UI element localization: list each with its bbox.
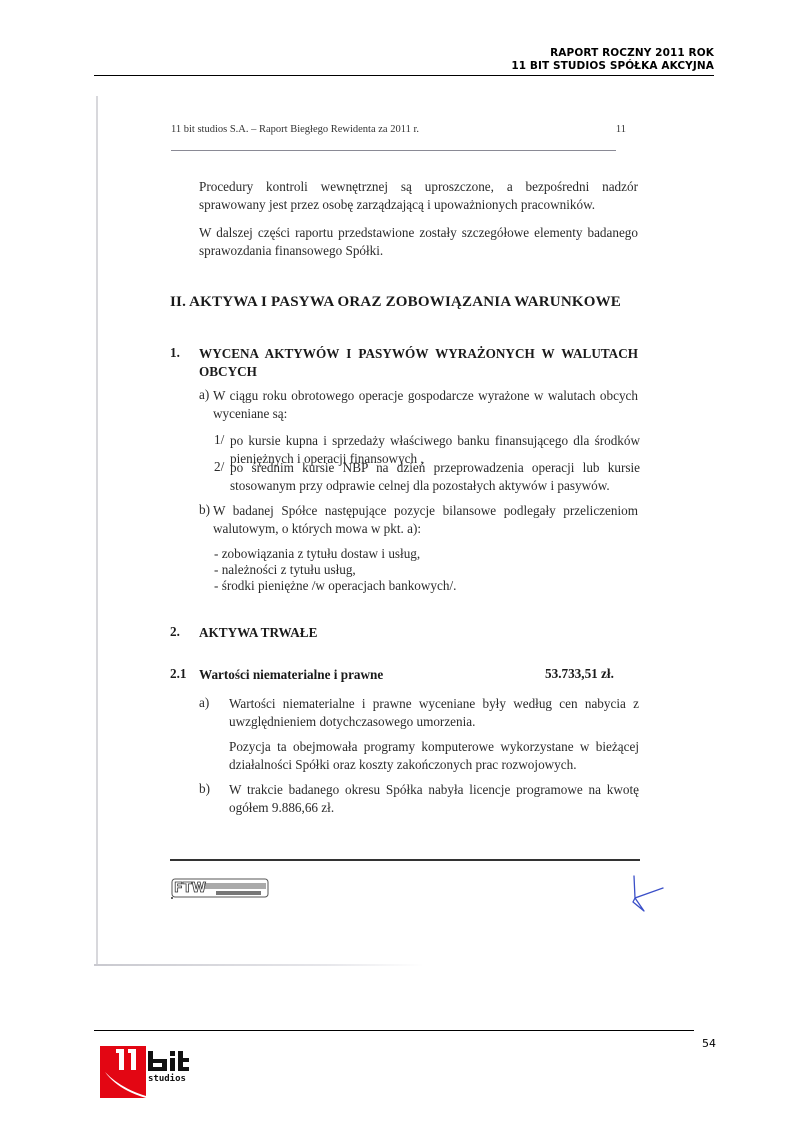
scan-edge-left bbox=[96, 96, 98, 966]
balance-item: - zobowiązania z tytułu dostaw i usług, bbox=[214, 546, 614, 562]
page-number: 54 bbox=[702, 1037, 716, 1050]
scanned-page-number: 11 bbox=[616, 124, 626, 135]
scanned-footer-divider bbox=[170, 859, 640, 861]
subsection-2-1-number: 2.1 bbox=[170, 666, 186, 682]
scanned-header-divider bbox=[171, 150, 616, 151]
method-1-label: 1/ bbox=[214, 432, 224, 448]
report-title: RAPORT ROCZNY 2011 ROK bbox=[511, 47, 714, 60]
point-a-text: W ciągu roku obrotowego operacje gospoda… bbox=[213, 387, 638, 423]
point-2-1-a-text2: Pozycja ta obejmowała programy komputero… bbox=[229, 738, 639, 774]
balance-item: - środki pieniężne /w operacjach bankowy… bbox=[214, 578, 614, 594]
scanned-header-title: 11 bit studios S.A. – Raport Biegłego Re… bbox=[171, 124, 419, 135]
svg-text:FTW: FTW bbox=[174, 881, 206, 896]
scan-edge-bottom bbox=[94, 964, 424, 966]
signature-icon bbox=[620, 868, 670, 918]
header-divider bbox=[94, 75, 714, 76]
point-2-1-a-text: Wartości niematerialne i prawne wycenian… bbox=[229, 695, 639, 731]
svg-text:studios: studios bbox=[148, 1073, 186, 1084]
intro-paragraph-2: W dalszej części raportu przedstawione z… bbox=[199, 224, 638, 260]
point-b-label: b) bbox=[199, 502, 210, 518]
balance-items-list: - zobowiązania z tytułu dostaw i usług, … bbox=[214, 546, 614, 594]
brand-logo-icon: studios bbox=[100, 1046, 220, 1098]
point-2-1-b-text: W trakcie badanego okresu Spółka nabyła … bbox=[229, 781, 639, 817]
balance-item: - należności z tytułu usług, bbox=[214, 562, 614, 578]
subsection-1-title-line2: OBCYCH bbox=[199, 364, 257, 379]
subsection-1-title-line1: WYCENA AKTYWÓW I PASYWÓW WYRAŻONYCH W WA… bbox=[199, 345, 638, 363]
footer-divider bbox=[94, 1030, 694, 1031]
point-a-label: a) bbox=[199, 387, 209, 403]
method-2-text: po średnim kursie NBP na dzień przeprowa… bbox=[230, 459, 640, 495]
subsection-2-1-amount: 53.733,51 zł. bbox=[545, 666, 614, 682]
auditor-logo-icon: FTW bbox=[171, 877, 269, 899]
company-name: 11 BIT STUDIOS SPÓŁKA AKCYJNA bbox=[511, 60, 714, 73]
report-header: RAPORT ROCZNY 2011 ROK 11 BIT STUDIOS SP… bbox=[511, 47, 714, 73]
section-heading: II. AKTYWA I PASYWA ORAZ ZOBOWIĄZANIA WA… bbox=[170, 294, 621, 311]
subsection-2-title: AKTYWA TRWAŁE bbox=[199, 624, 317, 642]
subsection-1-title: WYCENA AKTYWÓW I PASYWÓW WYRAŻONYCH W WA… bbox=[199, 345, 638, 381]
subsection-1-number: 1. bbox=[170, 345, 180, 361]
subsection-2-1-title: Wartości niematerialne i prawne bbox=[199, 666, 383, 684]
intro-paragraph-1: Procedury kontroli wewnętrznej są uprosz… bbox=[199, 178, 638, 214]
method-2-label: 2/ bbox=[214, 459, 224, 475]
point-2-1-b-label: b) bbox=[199, 781, 210, 797]
subsection-2-number: 2. bbox=[170, 624, 180, 640]
point-2-1-a-label: a) bbox=[199, 695, 209, 711]
point-b-text: W badanej Spółce następujące pozycje bil… bbox=[213, 502, 638, 538]
